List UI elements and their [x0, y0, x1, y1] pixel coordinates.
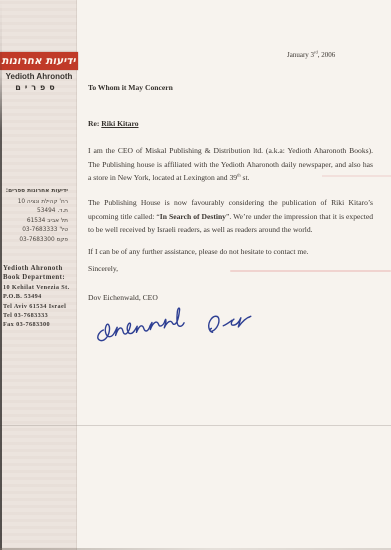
- salutation: To Whom it May Concern: [88, 83, 173, 92]
- logo-hebrew-script: ידיעות אחרונות: [1, 55, 77, 67]
- scan-artifact-line: [0, 425, 391, 426]
- scan-left-edge: [0, 0, 2, 550]
- hebrew-address-title: ידיעות אחרונות ספרים:: [3, 187, 68, 197]
- hebrew-books-label: ספרים: [0, 83, 78, 92]
- english-address-line: P.O.B. 53494: [3, 292, 77, 301]
- hebrew-address-line: טל' 03-7683333: [3, 226, 68, 236]
- hebrew-address-line: ת.ד. 53494: [3, 207, 68, 217]
- hebrew-address-line: פקס 03-7683300: [3, 236, 68, 246]
- scan-artifact-pink-streak: [322, 175, 391, 177]
- paragraph-1-text: st.: [241, 173, 250, 182]
- hebrew-address-block: ידיעות אחרונות ספרים: רח' קהילת ונציה 10…: [3, 187, 68, 246]
- english-address-line: Tel 03-7683333: [3, 311, 77, 320]
- hebrew-address-line: רח' קהילת ונציה 10: [3, 198, 68, 208]
- english-address-title: Yedioth Ahronoth: [3, 264, 77, 273]
- english-address-block: Yedioth Ahronoth Book Department: 10 Keh…: [3, 264, 77, 330]
- hebrew-address-line: תל אביב 61534: [3, 217, 68, 227]
- paragraph-1: I am the CEO of Miskal Publishing & Dist…: [88, 144, 373, 185]
- date-text: January 3: [287, 51, 314, 59]
- subject-label: Re:: [88, 119, 101, 128]
- scanned-letter-page: ידיעות אחרונות Yedioth Ahronoth ספרים יד…: [0, 0, 391, 550]
- subject-value: Riki Kitaro: [101, 119, 138, 128]
- date-text: , 2006: [318, 51, 336, 59]
- signature-stroke-surname: [97, 308, 185, 341]
- book-title-emphasis: In Search of Destiny: [160, 212, 226, 221]
- logo-box: ידיעות אחרונות: [0, 52, 78, 70]
- subject-line: Re: Riki Kitaro: [88, 119, 139, 128]
- english-address-title: Book Department:: [3, 273, 77, 282]
- signature-stroke-firstname: [208, 314, 251, 332]
- english-address-line: Fax 03-7683300: [3, 320, 77, 329]
- english-address-line: Tel Aviv 61534 Israel: [3, 302, 77, 311]
- company-name: Yedioth Ahronoth: [0, 72, 78, 81]
- english-address-line: 10 Kehilat Venezia St.: [3, 283, 77, 292]
- paragraph-2: The Publishing House is now favourably c…: [88, 196, 373, 237]
- closing: Sincerely,: [88, 264, 118, 273]
- handwritten-signature: [89, 293, 271, 350]
- paragraph-3: If I can be of any further assistance, p…: [88, 245, 373, 259]
- scan-artifact-pink-streak: [230, 270, 391, 272]
- letter-date: January 3rd, 2006: [287, 51, 335, 59]
